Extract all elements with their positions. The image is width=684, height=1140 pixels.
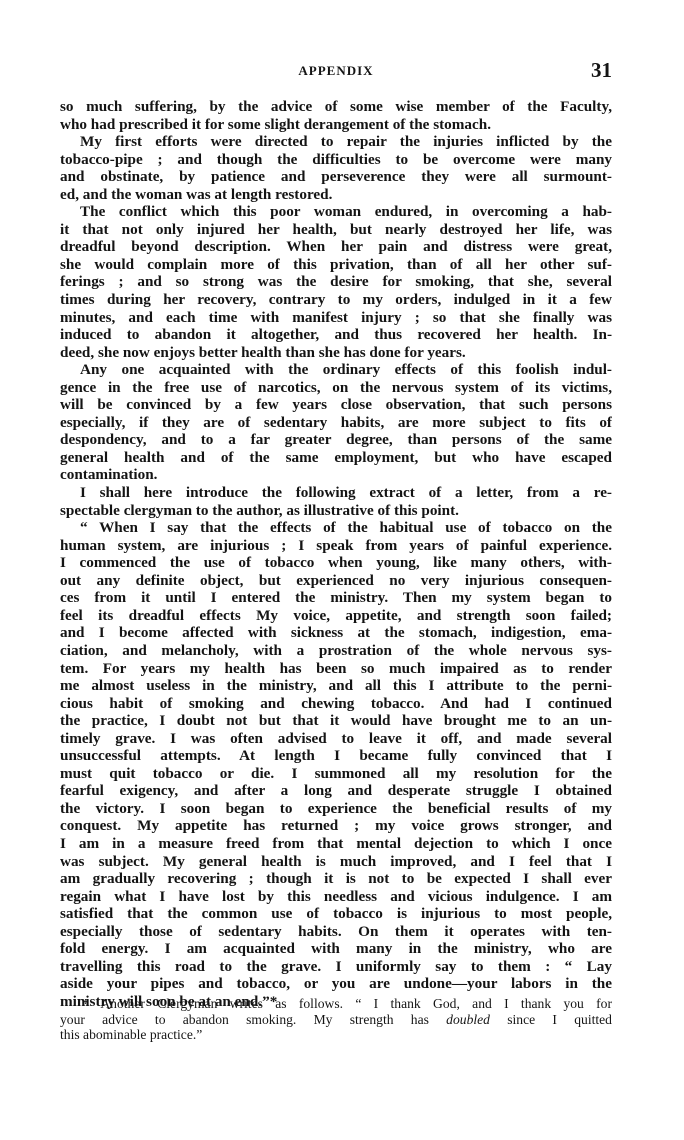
paragraph-start-line: My first efforts were directed to repair…	[60, 133, 612, 151]
text-line: ciation, and melancholy, with a prostrat…	[60, 642, 612, 660]
text-line: it that not only injured her health, but…	[60, 221, 612, 239]
text-line: so much suffering, by the advice of some…	[60, 98, 612, 116]
running-head-title: APPENDIX	[60, 63, 612, 79]
text-line: I am in a measure freed from that mental…	[60, 835, 612, 853]
text-line: the practice, I doubt not but that it wo…	[60, 712, 612, 730]
footnote-text: your advice to abandon smoking. My stren…	[60, 1012, 446, 1027]
text-line: fold energy. I am acquainted with many i…	[60, 940, 612, 958]
text-line: satisfied that the common use of tobacco…	[60, 905, 612, 923]
text-line: unsuccessful attempts. At length I becam…	[60, 747, 612, 765]
text-line: general health and of the same employmen…	[60, 449, 612, 467]
text-line: dreadful beyond description. When her pa…	[60, 238, 612, 256]
text-line: induced to abandon it altogether, and th…	[60, 326, 612, 344]
text-line: must quit tobacco or die. I summoned all…	[60, 765, 612, 783]
text-line: gence in the free use of narcotics, on t…	[60, 379, 612, 397]
text-line: she would complain more of this privatio…	[60, 256, 612, 274]
paragraph-start-line: Any one acquainted with the ordinary eff…	[60, 361, 612, 379]
text-line: was subject. My general health is much i…	[60, 853, 612, 871]
text-line: and I become affected with sickness at t…	[60, 624, 612, 642]
text-line: timely grave. I was often advised to lea…	[60, 730, 612, 748]
text-line: especially those of sedentary habits. On…	[60, 923, 612, 941]
text-line: me almost useless in the ministry, and a…	[60, 677, 612, 695]
running-head: APPENDIX 31	[60, 58, 612, 82]
footnote: * Another Clergyman writes as follows. “…	[60, 996, 612, 1043]
text-line: tobacco-pipe ; and though the difficulti…	[60, 151, 612, 169]
text-line: spectable clergyman to the author, as il…	[60, 502, 612, 520]
text-line: travelling this road to the grave. I uni…	[60, 958, 612, 976]
paragraph-start-line: The conflict which this poor woman endur…	[60, 203, 612, 221]
text-line: ferings ; and so strong was the desire f…	[60, 273, 612, 291]
text-line: especially, if they are of sedentary hab…	[60, 414, 612, 432]
text-line: minutes, and each time with manifest inj…	[60, 309, 612, 327]
text-line: who had prescribed it for some slight de…	[60, 116, 612, 134]
paragraph-start-line: I shall here introduce the following ext…	[60, 484, 612, 502]
text-line: out any definite object, but experienced…	[60, 572, 612, 590]
book-page: APPENDIX 31 so much suffering, by the ad…	[0, 0, 684, 1140]
footnote-line: * Another Clergyman writes as follows. “…	[60, 996, 612, 1012]
text-line: times during her recovery, contrary to m…	[60, 291, 612, 309]
text-line: feel its dreadful effects My voice, appe…	[60, 607, 612, 625]
text-line: fearful exigency, and after a long and d…	[60, 782, 612, 800]
text-line: tem. For years my health has been so muc…	[60, 660, 612, 678]
text-line: despondency, and to a far greater degree…	[60, 431, 612, 449]
text-line: the victory. I soon began to experience …	[60, 800, 612, 818]
text-line: contamination.	[60, 466, 612, 484]
text-line: cious habit of smoking and chewing tobac…	[60, 695, 612, 713]
text-line: ces from it until I entered the ministry…	[60, 589, 612, 607]
footnote-line: your advice to abandon smoking. My stren…	[60, 1012, 612, 1028]
footnote-text: since I quitted	[490, 1012, 612, 1027]
body-text: so much suffering, by the advice of some…	[60, 98, 612, 1010]
text-line: ed, and the woman was at length restored…	[60, 186, 612, 204]
text-line: regain what I have lost by this needless…	[60, 888, 612, 906]
text-line: conquest. My appetite has returned ; my …	[60, 817, 612, 835]
text-line: I commenced the use of tobacco when youn…	[60, 554, 612, 572]
footnote-line: this abominable practice.”	[60, 1027, 612, 1043]
page-number: 31	[591, 58, 612, 83]
text-line: and obstinate, by patience and persevere…	[60, 168, 612, 186]
footnote-emphasis: doubled	[446, 1012, 490, 1027]
text-line: deed, she now enjoys better health than …	[60, 344, 612, 362]
text-line: will be convinced by a few years close o…	[60, 396, 612, 414]
quotation-start-line: “ When I say that the effects of the hab…	[60, 519, 612, 537]
text-line: am gradually recovering ; though it is n…	[60, 870, 612, 888]
text-line: human system, are injurious ; I speak fr…	[60, 537, 612, 555]
text-line: aside your pipes and tobacco, or you are…	[60, 975, 612, 993]
